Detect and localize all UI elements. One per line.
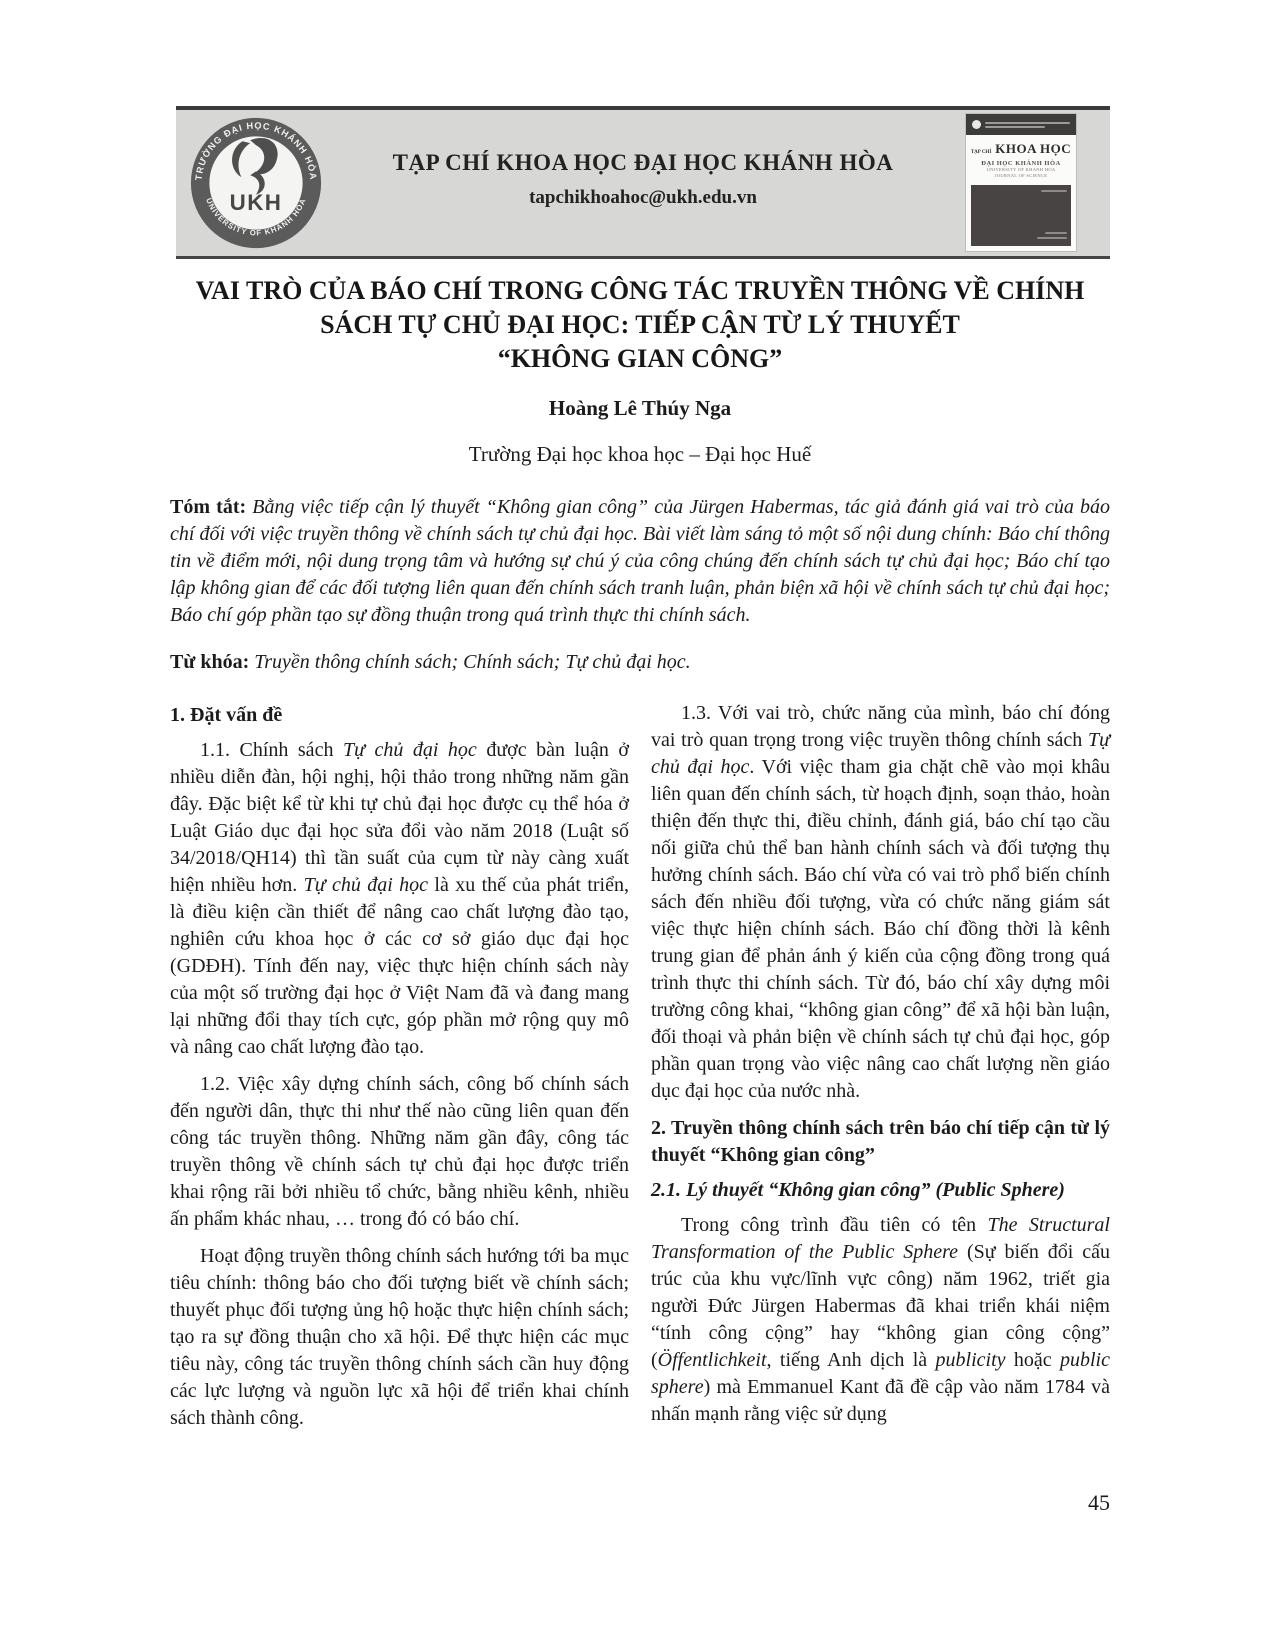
p13-text: 1.3. Với vai trò, chức năng của mình, bá… xyxy=(651,702,1110,751)
p21-italic-german-term: Öffentlichkeit xyxy=(658,1349,767,1371)
author-affiliation: Trường Đại học khoa học – Đại học Huế xyxy=(170,442,1110,467)
cover-logo-icon xyxy=(972,120,981,129)
keywords-text: Truyền thông chính sách; Chính sách; Tự … xyxy=(249,651,690,673)
cover-volume-text-bar xyxy=(1041,190,1067,192)
author-name: Hoàng Lê Thúy Nga xyxy=(170,396,1110,421)
p11-italic-term: Tự chủ đại học xyxy=(343,739,477,761)
cover-subtitle: ĐẠI HỌC KHÁNH HÒA xyxy=(970,160,1072,167)
article-body: VAI TRÒ CỦA BÁO CHÍ TRONG CÔNG TÁC TRUYỀ… xyxy=(170,274,1110,1442)
page-number: 45 xyxy=(170,1490,1110,1516)
p21-text: ) mà Emmanuel Kant đã đề cập vào năm 178… xyxy=(651,1376,1110,1425)
p21-text: Trong công trình đầu tiên có tên xyxy=(681,1214,988,1236)
cover-image-area xyxy=(971,185,1071,246)
header-center: TẠP CHÍ KHOA HỌC ĐẠI HỌC KHÁNH HÒA tapch… xyxy=(336,110,950,256)
cover-title-main: KHOA HỌC xyxy=(995,141,1071,156)
left-column: 1. Đặt vấn đề 1.1. Chính sách Tự chủ đại… xyxy=(170,700,629,1442)
cover-top-band xyxy=(966,114,1076,135)
abstract-label: Tóm tắt: xyxy=(170,496,246,518)
journal-cover-thumbnail: TẠP CHÍ KHOA HỌC ĐẠI HỌC KHÁNH HÒA UNIVE… xyxy=(966,114,1076,251)
p21-text: hoặc xyxy=(1006,1349,1060,1371)
keywords-paragraph: Từ khóa: Truyền thông chính sách; Chính … xyxy=(170,649,1110,676)
cover-masthead: TẠP CHÍ KHOA HỌC ĐẠI HỌC KHÁNH HÒA UNIVE… xyxy=(966,135,1076,183)
cover-date-text-bar xyxy=(1037,237,1067,239)
p11-text: được bàn luận ở nhiều diễn đàn, hội nghị… xyxy=(170,739,629,896)
p21-italic-term: publicity xyxy=(936,1349,1006,1371)
journal-title: TẠP CHÍ KHOA HỌC ĐẠI HỌC KHÁNH HÒA xyxy=(336,150,950,176)
section-2-heading: 2. Truyền thông chính sách trên báo chí … xyxy=(651,1115,1110,1169)
cover-top-text-lines xyxy=(985,122,1070,128)
article-title-line3: “KHÔNG GIAN CÔNG” xyxy=(170,342,1110,376)
paragraph-2-1: Trong công trình đầu tiên có tên The Str… xyxy=(651,1212,1110,1428)
cover-issue-text-bar xyxy=(1045,232,1067,234)
journal-scan-page: TRƯỜNG ĐẠI HỌC KHÁNH HÒA UNIVERSITY OF K… xyxy=(0,0,1274,1649)
cover-title: TẠP CHÍ KHOA HỌC xyxy=(970,140,1072,158)
p11-text: 1.1. Chính sách xyxy=(200,739,343,761)
p11-italic-term: Tự chủ đại học xyxy=(304,874,428,896)
article-title-line1: VAI TRÒ CỦA BÁO CHÍ TRONG CÔNG TÁC TRUYỀ… xyxy=(170,274,1110,308)
p13-text: . Với việc tham gia chặt chẽ vào mọi khâ… xyxy=(651,756,1110,1102)
paragraph-1-1: 1.1. Chính sách Tự chủ đại học được bàn … xyxy=(170,737,629,1061)
cover-journal-of-science: JOURNAL OF SCIENCE xyxy=(970,174,1072,179)
journal-header: TRƯỜNG ĐẠI HỌC KHÁNH HÒA UNIVERSITY OF K… xyxy=(176,106,1110,259)
paragraph-goals: Hoạt động truyền thông chính sách hướng … xyxy=(170,1243,629,1432)
section-1-heading: 1. Đặt vấn đề xyxy=(170,702,629,729)
section-2-1-heading: 2.1. Lý thuyết “Không gian công” (Public… xyxy=(651,1177,1110,1204)
two-column-body: 1. Đặt vấn đề 1.1. Chính sách Tự chủ đại… xyxy=(170,700,1110,1442)
paragraph-1-2: 1.2. Việc xây dựng chính sách, công bố c… xyxy=(170,1071,629,1233)
article-title-line2: SÁCH TỰ CHỦ ĐẠI HỌC: TIẾP CẬN TỪ LÝ THUY… xyxy=(170,308,1110,342)
university-logo-icon: TRƯỜNG ĐẠI HỌC KHÁNH HÒA UNIVERSITY OF K… xyxy=(188,115,324,251)
abstract-paragraph: Tóm tắt: Bằng việc tiếp cận lý thuyết “K… xyxy=(170,494,1110,629)
article-title: VAI TRÒ CỦA BÁO CHÍ TRONG CÔNG TÁC TRUYỀ… xyxy=(170,274,1110,376)
cover-subtitle-en: UNIVERSITY OF KHANH HOA xyxy=(970,168,1072,173)
logo-monogram-text: UKH xyxy=(230,190,283,215)
right-column: 1.3. Với vai trò, chức năng của mình, bá… xyxy=(651,700,1110,1442)
p21-text: , tiếng Anh dịch là xyxy=(767,1349,936,1371)
header-band: TRƯỜNG ĐẠI HỌC KHÁNH HÒA UNIVERSITY OF K… xyxy=(176,106,1110,259)
cover-title-prefix: TẠP CHÍ xyxy=(971,150,991,155)
abstract-text: Bằng việc tiếp cận lý thuyết “Không gian… xyxy=(170,496,1110,626)
paragraph-1-3: 1.3. Với vai trò, chức năng của mình, bá… xyxy=(651,700,1110,1105)
p11-text: là xu thế của phát triển, là điều kiện c… xyxy=(170,874,629,1058)
journal-email: tapchikhoahoc@ukh.edu.vn xyxy=(336,187,950,209)
keywords-label: Từ khóa: xyxy=(170,651,249,673)
